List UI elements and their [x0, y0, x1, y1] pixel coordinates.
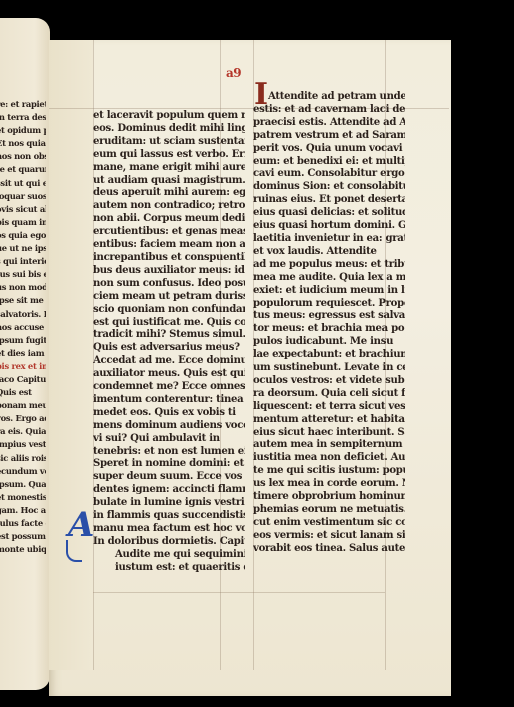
text-line: tor meus: et brachia mea po [253, 323, 405, 336]
text-line: bus deus auxiliator meus: ideo [93, 265, 245, 278]
text-line: deus aperuit mihi aurem: ego [93, 187, 245, 200]
text-line: eos. Dominus dedit mihi linguam [93, 123, 245, 136]
text-line: condemnet me? Ecce omnes quasi vest [93, 381, 245, 394]
text-line: praecisi estis. Attendite ad Abraham [253, 117, 405, 130]
left-line: s qui interie [0, 255, 46, 268]
text-line: te me qui scitis iustum: populus me [253, 465, 405, 478]
left-line: vos. Ergo ad [0, 412, 46, 425]
folio-number: a9 [226, 66, 241, 80]
text-line: super deum suum. Ecce vos omnes accen [93, 471, 245, 484]
text-line: pulos iudicabunt. Me insu [253, 336, 405, 349]
text-line: et vox laudis. Attendite [253, 246, 405, 259]
chapter-heading-line: In doloribus dormietis. Capitulum LI [93, 536, 245, 549]
left-line: gam. Hoc ad [0, 504, 46, 517]
left-line: te et quarum [0, 163, 46, 176]
text-line: patrem vestrum et ad Saram quae pe [253, 130, 405, 143]
left-line: ra eis. Quia [0, 425, 46, 438]
text-line: phemias eorum ne metuatis. Si [253, 504, 405, 517]
text-line: tradicit mihi? Stemus simul. [93, 329, 245, 342]
text-line: eius quasi hortum domini. Gaudium et [253, 220, 405, 233]
text-line: bulate in lumine ignis vestri: et [93, 497, 245, 510]
left-line: et opidum pati [0, 124, 46, 137]
text-line: ciem meam ut petram durissimam: et [93, 291, 245, 304]
text-line: eum qui lassus est verbo. Erigit [93, 149, 245, 162]
text-line: ad me populus meus: et tribus [253, 259, 405, 272]
text-line: eius sicut haec interibunt. Salus [253, 427, 405, 440]
text-line: et laceravit populum quem redemi [93, 110, 245, 123]
left-line: iaco Capitulum [0, 373, 46, 386]
left-line: nos non obsedit [0, 150, 46, 163]
left-line: ovis sicut abi [0, 203, 46, 216]
text-line: tenebris: et non est lumen ei. [93, 446, 245, 459]
text-line: ut audiam quasi magistrum. Dominus [93, 175, 245, 188]
text-line: us lex mea in corde eorum. Nolite [253, 478, 405, 491]
left-line: Et nos quia op [0, 137, 46, 150]
text-column-2: Attendite ad petram unde excisi estis: e… [253, 91, 405, 556]
gutter-margin [49, 40, 93, 670]
facing-left-page: re: et rapiet vo in terra deserta et opi… [0, 18, 50, 690]
text-line: estis: et ad cavernam laci de qua [253, 104, 405, 117]
left-line: salvatoris. Et [0, 308, 46, 321]
text-line: Accedat ad me. Ecce dominus deus [93, 355, 245, 368]
left-line: ipse sit me [0, 294, 46, 307]
text-line: oculos vestros: et videte sub ter [253, 375, 405, 388]
text-line: iustitia mea non deficiet. Audi [253, 452, 405, 465]
text-line: cavi eum. Consolabitur ergo [253, 168, 405, 181]
text-line: Audite me qui sequimini quod [93, 549, 245, 562]
text-line: ercutientibus: et genas meas vellentibus… [93, 226, 245, 239]
left-line: bis rex et im [0, 360, 46, 373]
text-line: vi sui? Qui ambulavit in [93, 433, 245, 446]
left-line: ipsum. Quaquam [0, 478, 46, 491]
left-line: et monestis [0, 491, 46, 504]
text-line: cut enim vestimentum sic comedet [253, 517, 405, 530]
text-line: iustum est: et quaeritis dominum. [93, 562, 245, 575]
text-line: est qui iustificat me. Quis con [93, 317, 245, 330]
text-line: non sum confusus. Ideo posui fa [93, 278, 245, 291]
text-line: dentes ignem: accincti flammis. Am [93, 484, 245, 497]
left-line: ponam meum [0, 399, 46, 412]
left-line: et dies iam [0, 347, 46, 360]
text-line: um sustinebunt. Levate in celum [253, 362, 405, 375]
text-line: mane, mane erigit mihi aurem: [93, 162, 245, 175]
left-line: monte ubique at [0, 543, 46, 556]
text-line: mens dominum audiens vocem ser [93, 420, 245, 433]
left-page-text: re: et rapiet vo in terra deserta et opi… [0, 98, 46, 556]
text-line: mea me audite. Quia lex a me [253, 272, 405, 285]
left-line: ue ut ne ipse [0, 242, 46, 255]
text-line: lae expectabunt: et brachium me [253, 349, 405, 362]
text-line: exiet: et iudicium meum in lucem [253, 285, 405, 298]
text-line: imentum conterentur: tinea co [93, 394, 245, 407]
text-line: eum: et benedixi ei: et multiplicavi [253, 156, 405, 169]
left-line: in terra deserta [0, 111, 46, 124]
left-line: Quis est [0, 386, 46, 399]
left-line: us non modo [0, 281, 46, 294]
text-line: Quis est adversarius meus? [93, 342, 245, 355]
left-line: re: et rapiet vo [0, 98, 46, 111]
text-line: liquescent: et terra sicut vesti [253, 401, 405, 414]
text-line: manu mea factum est hoc vobis. [93, 523, 245, 536]
left-line: ecundum vestr [0, 465, 46, 478]
text-line: Attendite ad petram unde excisi [253, 91, 405, 104]
left-line: sic aliis rois [0, 452, 46, 465]
text-column-1: et laceravit populum quem redemi eos. Do… [93, 110, 245, 575]
left-line: os quia ego [0, 229, 46, 242]
ruling-line [93, 592, 385, 593]
text-line: timere obprobrium hominum: et blas [253, 491, 405, 504]
text-line: in flammis quas succendistis. De [93, 510, 245, 523]
left-line: ipsum fugit [0, 334, 46, 347]
text-line: perit vos. Quia unum vocavi [253, 143, 405, 156]
left-line: tulus facte est a [0, 517, 46, 530]
text-line: autem mea in sempiternum erit: et [253, 439, 405, 452]
left-line: tus sui bis el [0, 268, 46, 281]
text-line: non abii. Corpus meum dedi p [93, 213, 245, 226]
text-line: ra deorsum. Quia celi sicut fumus [253, 388, 405, 401]
text-line: Speret in nomine domini: et innitatur [93, 458, 245, 471]
left-line: impius vestris [0, 438, 46, 451]
text-line: vorabit eos tinea. Salus autem [253, 543, 405, 556]
left-line: nos accuse fecit [0, 321, 46, 334]
left-line: bis quam in vi [0, 216, 46, 229]
text-line: eos vermis: et sicut lanam sic de [253, 530, 405, 543]
text-line: auxiliator meus. Quis est qui [93, 368, 245, 381]
text-line: entibus: faciem meam non averti ab [93, 239, 245, 252]
text-line: eruditam: ut sciam sustentare [93, 136, 245, 149]
initial-flourish [66, 540, 82, 562]
left-line: est possum emi [0, 530, 46, 543]
text-line: medet eos. Quis ex vobis ti [93, 407, 245, 420]
text-line: populorum requiescet. Prope est ius [253, 298, 405, 311]
text-line: autem non contradico; retrorsum [93, 200, 245, 213]
text-line: tus meus: egressus est salva [253, 310, 405, 323]
text-line: mentum atteretur: et habitatores [253, 414, 405, 427]
text-line: eius quasi delicias: et solitudinem [253, 207, 405, 220]
text-line: increpantibus et conspuentibus [93, 252, 245, 265]
text-line: scio quoniam non confundar. Iuxta [93, 304, 245, 317]
text-line: laetitia invenietur in ea: gratiarum act… [253, 233, 405, 246]
text-line: ruinas eius. Et ponet deserta [253, 194, 405, 207]
left-line: loquar suos [0, 190, 46, 203]
text-line: dominus Sion: et consolabitur omnes [253, 181, 405, 194]
left-line: ssit ut qui ego [0, 177, 46, 190]
